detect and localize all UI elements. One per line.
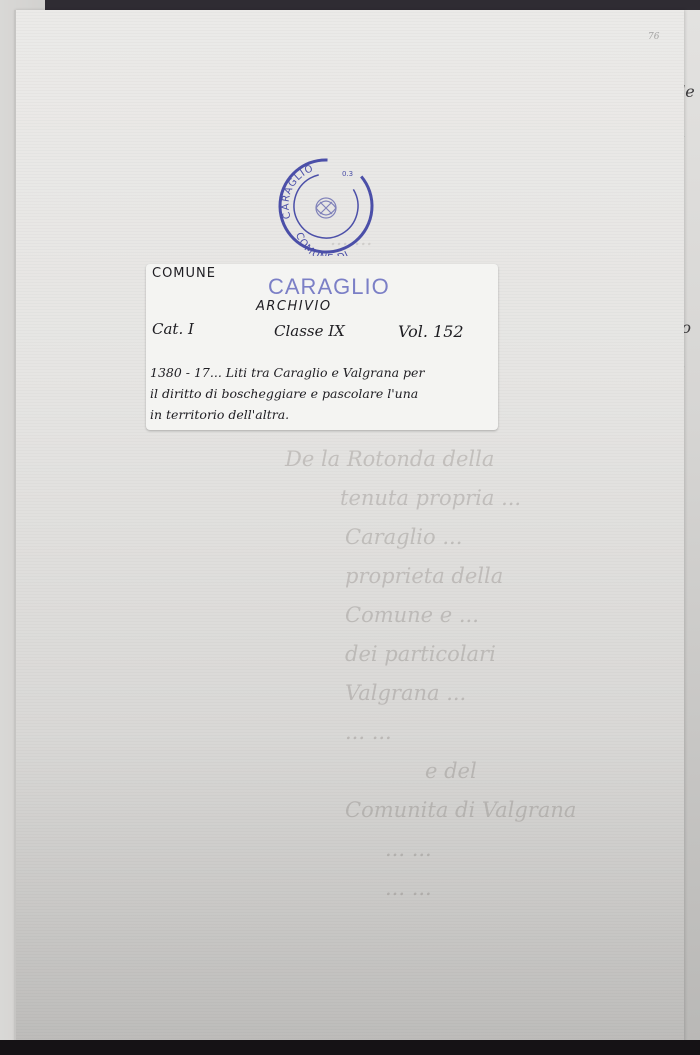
description-line: in territorio dell'altra. xyxy=(150,404,492,425)
bleed-line: ... ... xyxy=(285,713,625,752)
bleed-through-text: De la Rotonda della tenuta propria ... C… xyxy=(285,440,625,908)
bottom-shadow-edge xyxy=(0,1040,700,1055)
label-comune: COMUNE xyxy=(152,266,216,281)
label-classe: Classe IX xyxy=(274,322,345,340)
bleed-line: tenuta propria ... xyxy=(285,479,625,518)
bleed-line: Caraglio ... xyxy=(285,518,625,557)
label-town-stamp: CARAGLIO xyxy=(268,274,390,300)
page-number-mark: 76 xyxy=(648,32,659,42)
svg-text:COMUNE DI: COMUNE DI xyxy=(293,231,352,256)
bleed-line: e del xyxy=(285,752,625,791)
bleed-line: Comune e ... xyxy=(285,596,625,635)
stamp-seal-icon: CARAGLIO COMUNE DI 0.3 xyxy=(276,156,376,256)
bleed-line: proprieta della xyxy=(285,557,625,596)
label-volume: Vol. 152 xyxy=(398,322,464,341)
bleed-line: ... ... xyxy=(285,869,625,908)
bleed-line: dei particolari xyxy=(285,635,625,674)
bleed-line: Comunita di Valgrana xyxy=(285,791,625,830)
label-description: 1380 - 17... Liti tra Caraglio e Valgran… xyxy=(150,362,492,425)
bleed-line: De la Rotonda della xyxy=(285,440,625,479)
municipal-stamp: CARAGLIO COMUNE DI 0.3 xyxy=(276,156,376,256)
archive-label: COMUNE CARAGLIO ARCHIVIO Cat. I Classe I… xyxy=(146,264,498,430)
svg-text:0.3: 0.3 xyxy=(342,170,353,178)
bleed-line: ... ... xyxy=(285,830,625,869)
description-line: il diritto di boscheggiare e pascolare l… xyxy=(150,383,492,404)
description-line: 1380 - 17... Liti tra Caraglio e Valgran… xyxy=(150,362,492,383)
bleed-line: Valgrana ... xyxy=(285,674,625,713)
label-archivio: ARCHIVIO xyxy=(256,299,332,314)
label-category: Cat. I xyxy=(152,320,194,338)
